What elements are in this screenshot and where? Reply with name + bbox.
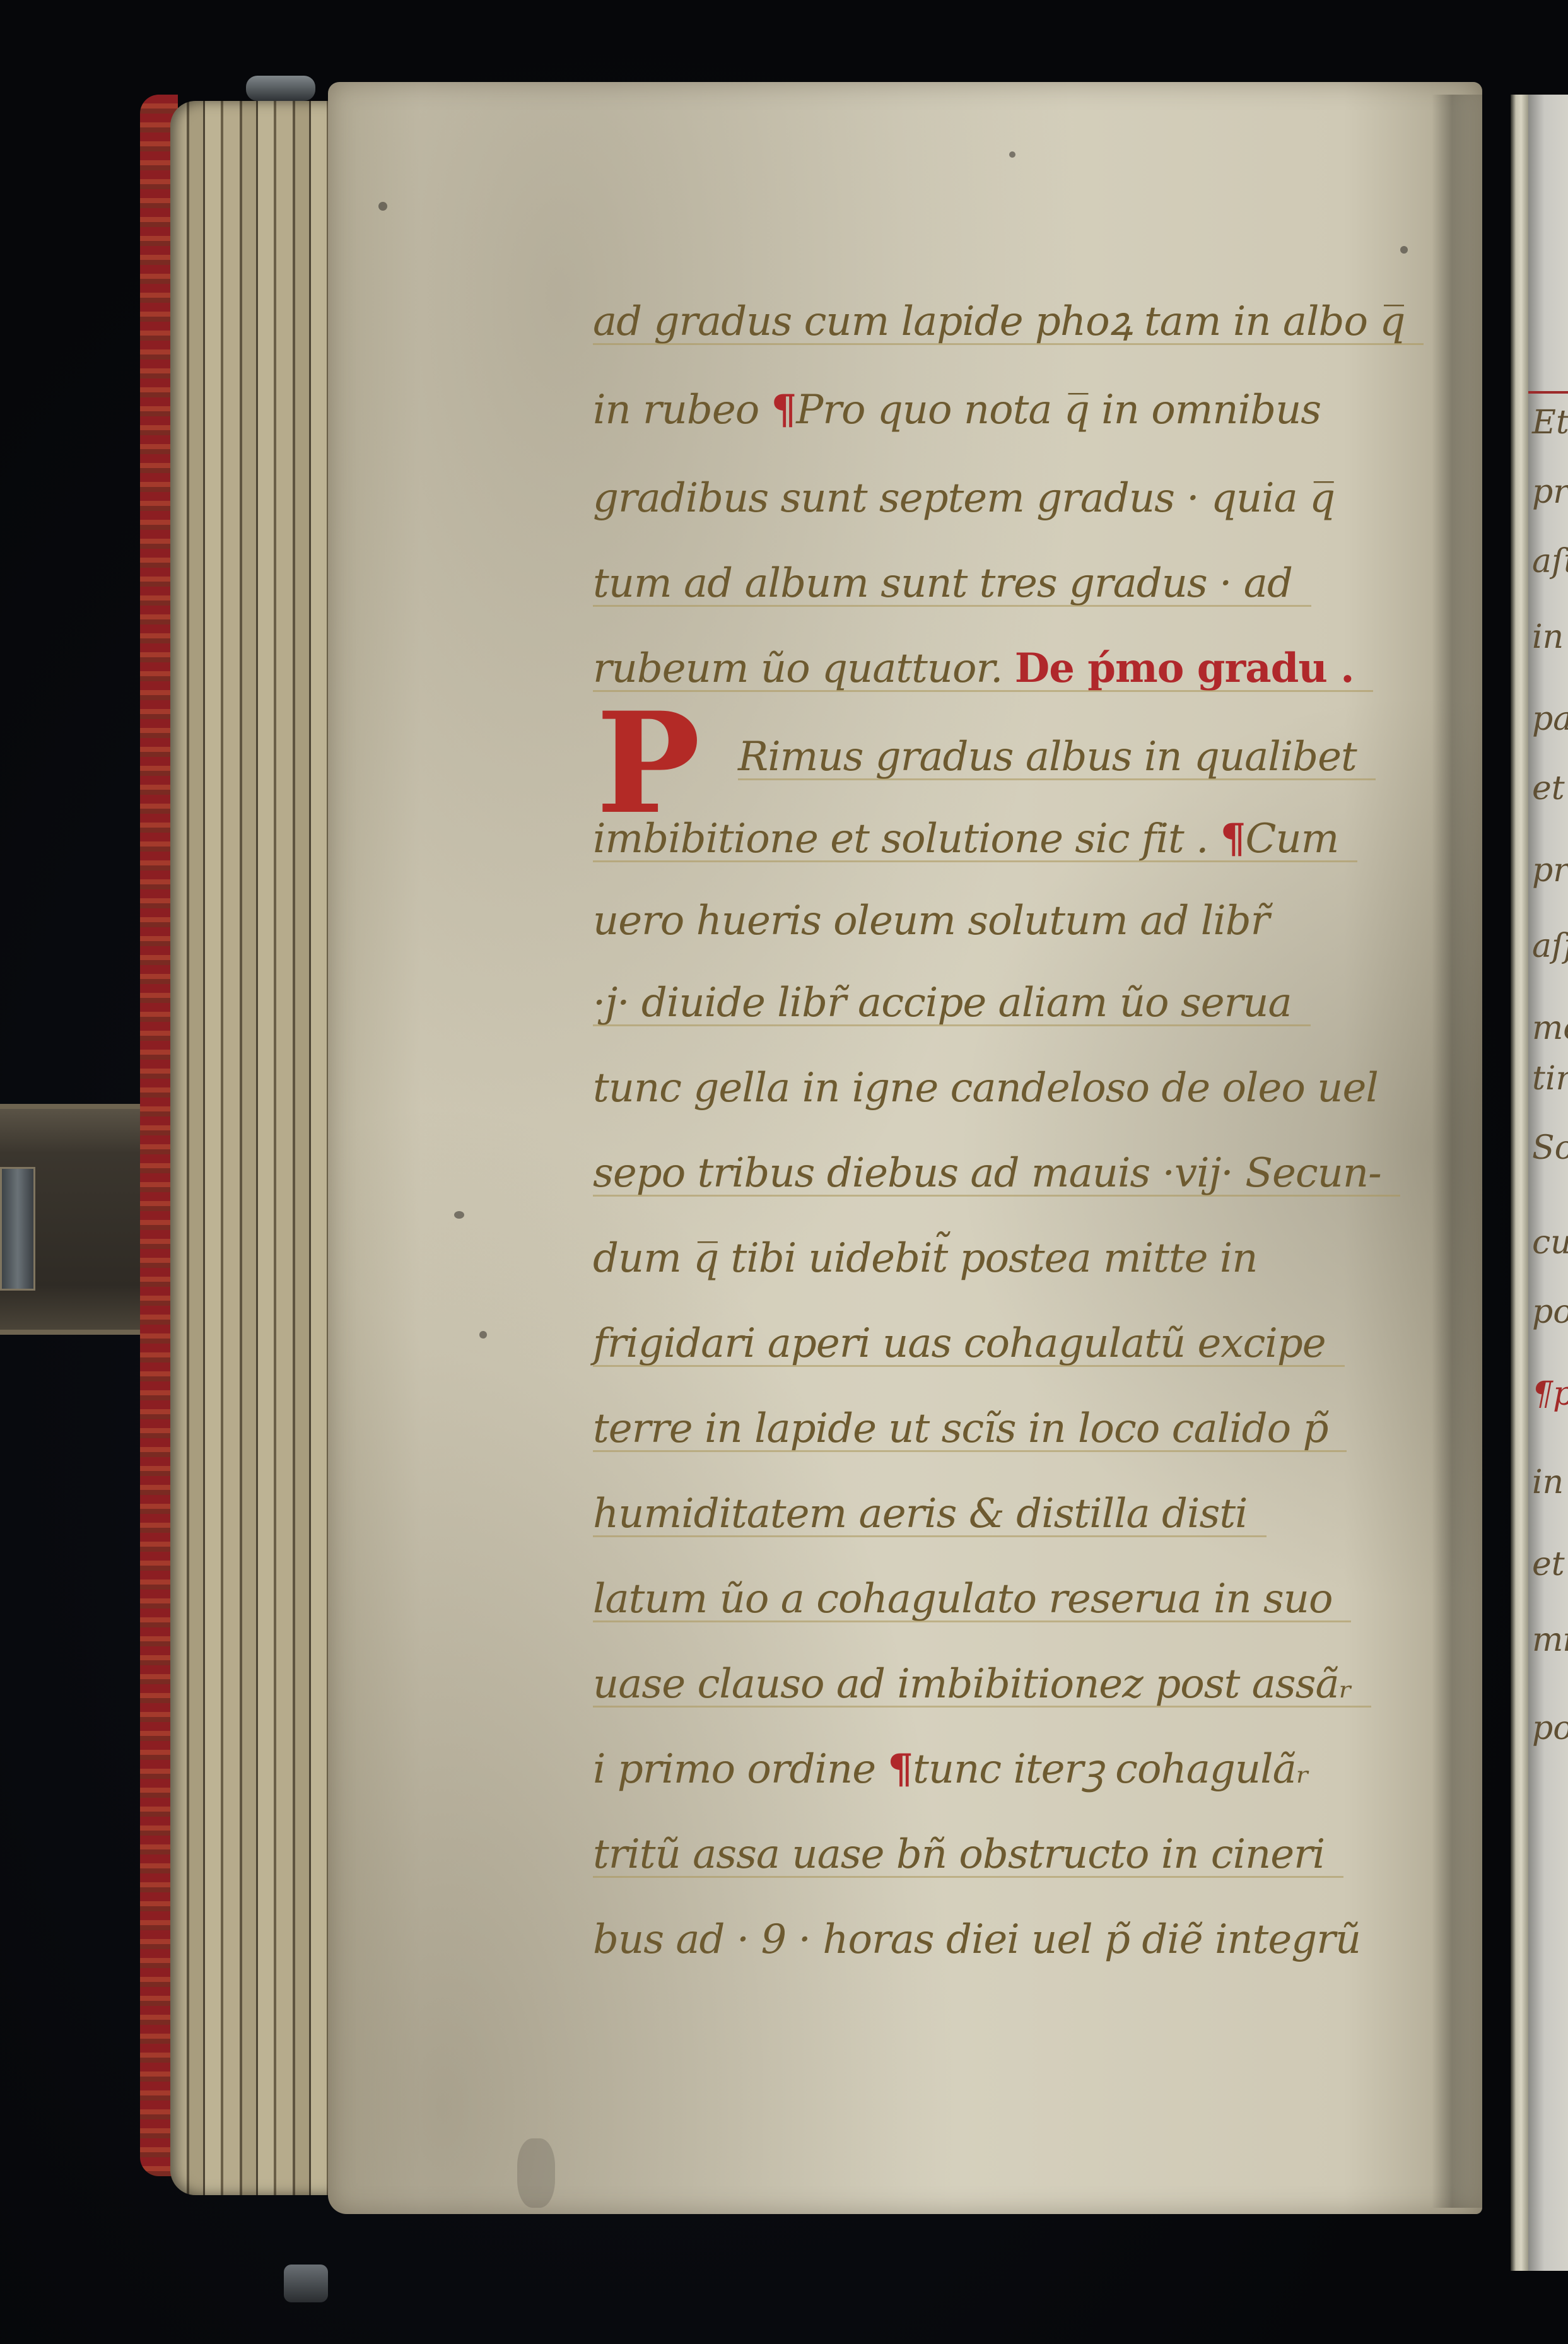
text-line-11: sepo tribus diebus ad mauis ·vij· Secun- bbox=[593, 1148, 1381, 1198]
metal-clasp-catch bbox=[0, 1167, 35, 1291]
page-edge-stack bbox=[170, 101, 334, 2195]
gutter-shadow bbox=[1432, 95, 1482, 2208]
text-line-14: terre in lapide ut scı̃s in loco calido … bbox=[593, 1403, 1328, 1454]
facing-fragment: part bbox=[1532, 700, 1568, 738]
cover-metal-boss-top bbox=[246, 76, 315, 101]
facing-fragment: prius bbox=[1532, 852, 1568, 889]
rubricated-initial-P: P bbox=[596, 694, 700, 833]
facing-fragment: Solen bbox=[1532, 1129, 1568, 1167]
facing-fragment: mi bbox=[1532, 1621, 1568, 1659]
text-line-10: tunc gella in igne candeloso de oleo uel bbox=[593, 1063, 1378, 1113]
facing-fragment-rubric: ¶po bbox=[1532, 1375, 1568, 1413]
rubric-heading: De ṕmo gradu . bbox=[1015, 645, 1354, 692]
text-line-17: uase clauso ad imbibitionez post assãᵣ bbox=[593, 1659, 1352, 1709]
cover-metal-boss-bottom bbox=[284, 2265, 328, 2302]
text-line-2: in rubeo ¶Pro quo nota q̅ in omnibus bbox=[593, 385, 1321, 435]
facing-fragment: aſſati bbox=[1532, 927, 1568, 965]
facing-fragment: pred bbox=[1532, 473, 1568, 511]
facing-fragment: Etaſ bbox=[1532, 404, 1568, 442]
facing-fragment: in b bbox=[1532, 618, 1568, 656]
ink-speck bbox=[1009, 151, 1015, 158]
text-line-7: imbibitione et solutione sic fit . ¶Cum bbox=[593, 814, 1338, 864]
ink-speck bbox=[1400, 246, 1408, 254]
text-line-16: latum ũo a cohagulato reserua in suo bbox=[593, 1574, 1332, 1624]
red-pilcrow-icon: ¶ bbox=[887, 1745, 913, 1793]
facing-page-red-rule bbox=[1528, 391, 1568, 394]
facing-fragment: cum bbox=[1532, 1224, 1568, 1262]
ink-speck bbox=[454, 1211, 464, 1219]
text-line-3: gradibus sunt septem gradus · quia q̅ bbox=[593, 473, 1335, 524]
text-line-13: frigidari aperi uas cohagulatũ excipe bbox=[593, 1318, 1326, 1369]
facing-fragment: pon bbox=[1532, 1709, 1568, 1747]
facing-fragment: in bbox=[1532, 1463, 1564, 1501]
red-pilcrow-icon: ¶ bbox=[771, 386, 797, 433]
facing-fragment: et cum bbox=[1532, 770, 1568, 807]
red-pilcrow-icon: ¶ bbox=[1220, 815, 1246, 862]
text-line-8: uero hueris oleum solutum ad libr̃ bbox=[593, 896, 1269, 946]
text-line-20: bus ad · 9 · horas diei uel p̃ diẽ inte… bbox=[593, 1914, 1360, 1965]
ink-speck bbox=[479, 1331, 487, 1339]
text-line-18: i primo ordine ¶tunc iterꝫ cohagulãᵣ bbox=[593, 1744, 1309, 1795]
ink-speck bbox=[378, 202, 387, 211]
gutter-fold bbox=[1511, 95, 1528, 2271]
facing-fragment: et bbox=[1532, 1545, 1565, 1583]
facing-fragment: tinc bbox=[1532, 1060, 1568, 1098]
text-line-6: Rimus gradus albus in qualibet bbox=[738, 732, 1357, 782]
text-line-1: ad gradus cum lapide phoꝝ tam in albo q̅ bbox=[593, 296, 1405, 347]
facing-fragment: poſt bbox=[1532, 1293, 1568, 1331]
facing-fragment: merc bbox=[1532, 1009, 1568, 1047]
facing-fragment: aſt bbox=[1532, 542, 1568, 580]
text-line-12: dum q̅ tibi uidebit̃ postea mitte in bbox=[593, 1233, 1257, 1284]
text-line-9: ·j· diuide libr̃ accipe aliam ũo serua bbox=[593, 978, 1292, 1028]
facing-page-sliver: Etaſ pred aſt in b part et cum prius aſſ… bbox=[1528, 95, 1568, 2271]
text-line-19: tritũ assa uase bñ obstructo in cineri bbox=[593, 1829, 1325, 1880]
text-line-5: rubeum ũo quattuor. De ṕmo gradu . bbox=[593, 643, 1354, 694]
text-line-15: humiditatem aeris & distilla disti bbox=[593, 1489, 1248, 1539]
text-line-4: tum ad album sunt tres gradus · ad bbox=[593, 558, 1292, 609]
thumbprint-smudge bbox=[517, 2138, 555, 2208]
